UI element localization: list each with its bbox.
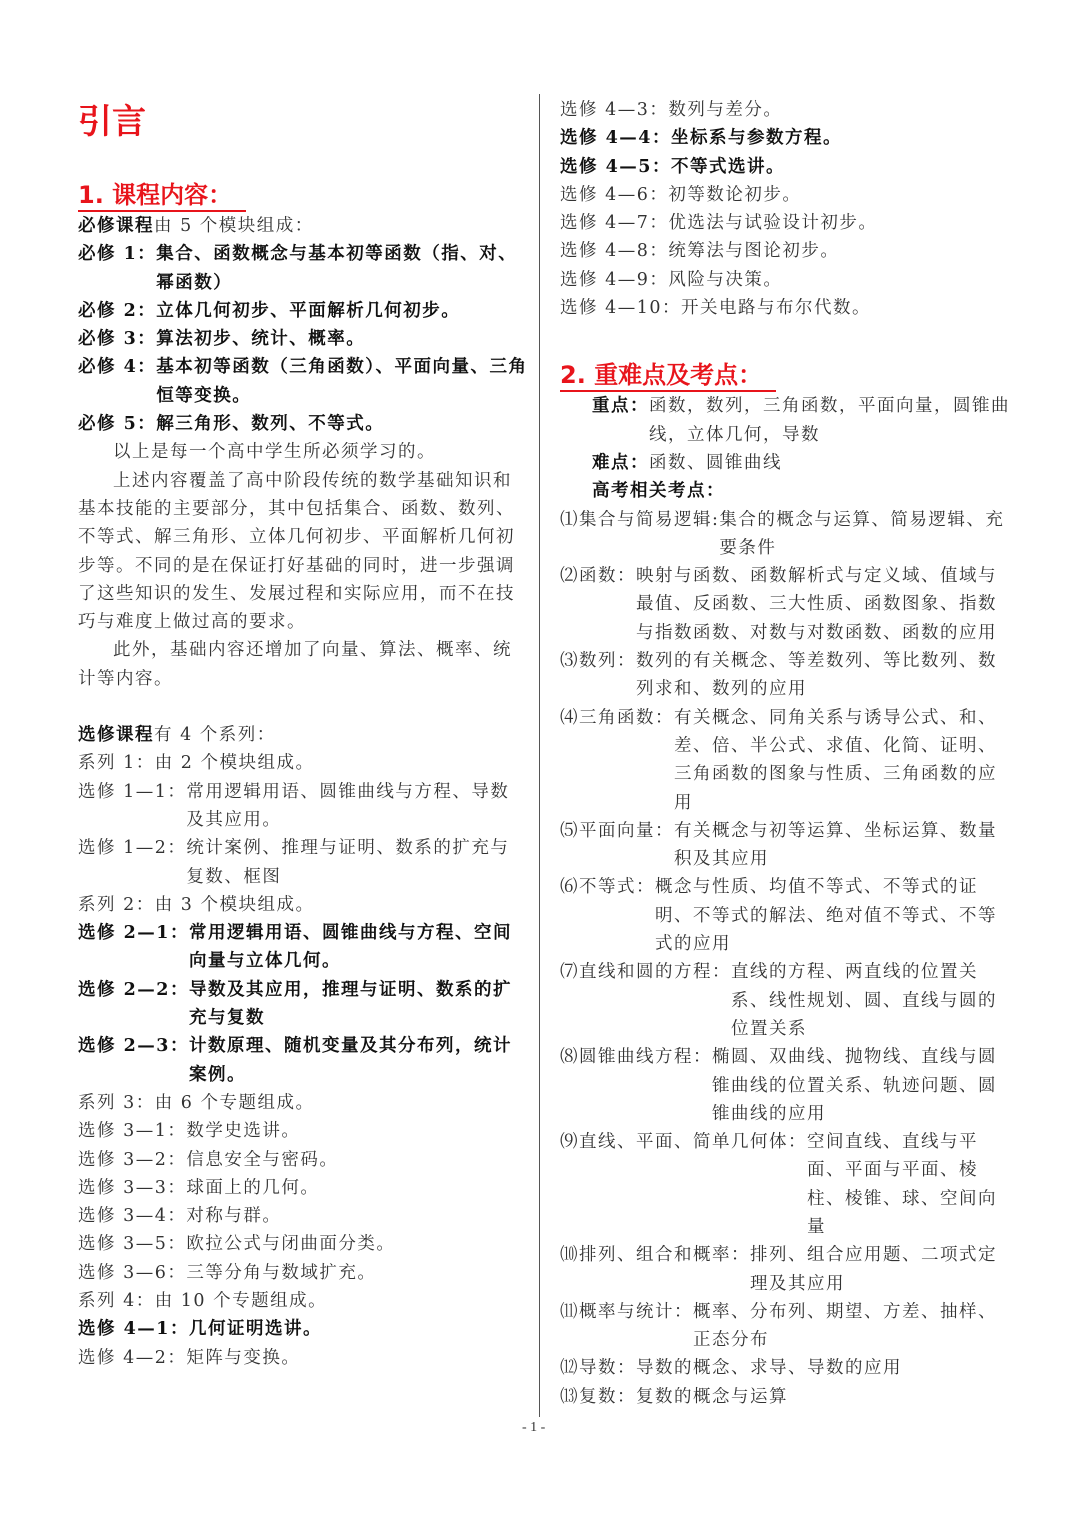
module-text: 数列与差分。: [668, 100, 782, 120]
elective-module: 选修 4—6：初等数论初步。: [560, 181, 1010, 209]
key-points: 重点： 函数，数列，三角函数，平面向量，圆锥曲线，立体几何，导数: [592, 392, 1010, 449]
module-label: 选修 4—5：: [560, 157, 671, 177]
module-text: 统计案例、推理与证明、数系的扩充与复数、框图: [186, 834, 528, 891]
section-heading-key-points: 2. 重难点及考点：: [560, 360, 776, 392]
paragraph: 此外，基础内容还增加了向量、算法、概率、统计等内容。: [78, 636, 528, 693]
module-text: 矩阵与变换。: [186, 1348, 300, 1368]
elective-module: 选修 4—2：矩阵与变换。: [78, 1344, 528, 1372]
exam-point-label: ⑴集合与简易逻辑:: [560, 506, 719, 563]
elective-module: 选修 4—1：几何证明选讲。: [78, 1315, 528, 1343]
required-module: 必修 1： 集合、函数概念与基本初等函数（指、对、幂函数）: [78, 240, 528, 297]
exam-point-label: ⑺直线和圆的方程：: [560, 958, 731, 1043]
elective-intro-text: 有 4 个系列：: [154, 725, 276, 745]
document-page: 引言 1. 课程内容： 必修课程由 5 个模块组成： 必修 1： 集合、函数概念…: [0, 0, 1080, 1527]
exam-point-label: ⑷三角函数：: [560, 704, 674, 817]
module-text: 立体几何初步、平面解析几何初步。: [156, 297, 528, 325]
elective-intro: 选修课程有 4 个系列：: [78, 721, 528, 749]
exam-point-text: 排列、组合应用题、二项式定理及其应用: [750, 1241, 1010, 1298]
exam-point-item: ⑼直线、平面、简单几何体： 空间直线、直线与平面、平面与平面、棱柱、棱锥、球、空…: [560, 1128, 1010, 1241]
exam-point-item: ⑷三角函数： 有关概念、同角关系与诱导公式、和、差、倍、半公式、求值、化简、证明…: [560, 704, 1010, 817]
required-intro: 必修课程由 5 个模块组成：: [78, 212, 528, 240]
exam-point-item: ⑸平面向量： 有关概念与初等运算、坐标运算、数量积及其应用: [560, 817, 1010, 874]
exam-point-label: ⑼直线、平面、简单几何体：: [560, 1128, 807, 1241]
elective-module: 选修 4—8：统筹法与图论初步。: [560, 237, 1010, 265]
module-text: 数学史选讲。: [186, 1121, 300, 1141]
module-text: 开关电路与布尔代数。: [681, 298, 871, 318]
module-text: 优选法与试验设计初步。: [668, 213, 877, 233]
elective-module: 选修 3—1：数学史选讲。: [78, 1117, 528, 1145]
difficult-points-label: 难点：: [592, 449, 649, 477]
required-intro-bold: 必修课程: [78, 216, 154, 236]
module-label: 选修 2—3：: [78, 1032, 189, 1089]
exam-point-text: 集合的概念与运算、简易逻辑、充要条件: [719, 506, 1010, 563]
exam-point-item: ⑻圆锥曲线方程： 椭圆、双曲线、抛物线、直线与圆锥曲线的位置关系、轨迹问题、圆锥…: [560, 1043, 1010, 1128]
module-label: 选修 2—1：: [78, 919, 189, 976]
exam-point-text: 概率、分布列、期望、方差、抽样、正态分布: [693, 1298, 1010, 1355]
series-title: 系列 4：由 10 个专题组成。: [78, 1287, 528, 1315]
module-text: 坐标系与参数方程。: [671, 128, 842, 148]
document-title: 引言: [78, 100, 528, 180]
exam-point-label: ⑾概率与统计：: [560, 1298, 693, 1355]
required-module: 必修 4： 基本初等函数（三角函数）、平面向量、三角恒等变换。: [78, 353, 528, 410]
exam-point-label: ⑻圆锥曲线方程：: [560, 1043, 712, 1128]
series-title: 系列 2：由 3 个模块组成。: [78, 891, 528, 919]
exam-point-item: ⑾概率与统计： 概率、分布列、期望、方差、抽样、正态分布: [560, 1298, 1010, 1355]
section-heading-course-content: 1. 课程内容：: [78, 180, 246, 212]
exam-point-label: ⑽排列、组合和概率：: [560, 1241, 750, 1298]
elective-module: 选修 3—4：对称与群。: [78, 1202, 528, 1230]
exam-point-label: ⑸平面向量：: [560, 817, 674, 874]
elective-module: 选修 3—5：欧拉公式与闭曲面分类。: [78, 1230, 528, 1258]
module-label: 选修 4—4：: [560, 128, 671, 148]
module-label: 选修 4—8：: [560, 241, 668, 261]
elective-module: 选修 4—4：坐标系与参数方程。: [560, 124, 1010, 152]
module-label: 选修 2—2：: [78, 976, 189, 1033]
module-label: 选修 4—2：: [78, 1348, 186, 1368]
paragraph: 上述内容覆盖了高中阶段传统的数学基础知识和基本技能的主要部分，其中包括集合、函数…: [78, 467, 528, 637]
module-label: 选修 4—10：: [560, 298, 681, 318]
module-text: 不等式选讲。: [671, 157, 785, 177]
elective-module: 选修 2—2： 导数及其应用，推理与证明、数系的扩充与复数: [78, 976, 528, 1033]
elective-module: 选修 3—2：信息安全与密码。: [78, 1146, 528, 1174]
module-label: 必修 1：: [78, 240, 156, 297]
module-label: 选修 4—3：: [560, 100, 668, 120]
spacer: [78, 693, 528, 721]
spacer: [560, 322, 1010, 360]
module-label: 必修 2：: [78, 297, 156, 325]
module-label: 选修 3—1：: [78, 1121, 186, 1141]
key-points-label: 重点：: [592, 392, 649, 449]
module-text: 信息安全与密码。: [186, 1150, 338, 1170]
module-text: 导数及其应用，推理与证明、数系的扩充与复数: [189, 976, 528, 1033]
paragraph: 以上是每一个高中学生所必须学习的。: [78, 438, 528, 466]
required-module: 必修 5： 解三角形、数列、不等式。: [78, 410, 528, 438]
module-label: 选修 4—9：: [560, 270, 668, 290]
exam-point-item: ⑽排列、组合和概率： 排列、组合应用题、二项式定理及其应用: [560, 1241, 1010, 1298]
module-text: 基本初等函数（三角函数）、平面向量、三角恒等变换。: [156, 353, 528, 410]
module-text: 欧拉公式与闭曲面分类。: [186, 1234, 395, 1254]
module-label: 选修 3—3：: [78, 1178, 186, 1198]
elective-intro-bold: 选修课程: [78, 725, 154, 745]
elective-module: 选修 4—3：数列与差分。: [560, 96, 1010, 124]
elective-module: 选修 4—5：不等式选讲。: [560, 153, 1010, 181]
exam-point-label: ⒀复数：: [560, 1383, 636, 1411]
key-points-text: 函数，数列，三角函数，平面向量，圆锥曲线，立体几何，导数: [649, 392, 1010, 449]
elective-module: 选修 2—3： 计数原理、随机变量及其分布列，统计案例。: [78, 1032, 528, 1089]
elective-module: 选修 4—10：开关电路与布尔代数。: [560, 294, 1010, 322]
exam-point-text: 数列的有关概念、等差数列、等比数列、数列求和、数列的应用: [636, 647, 1010, 704]
left-column: 引言 1. 课程内容： 必修课程由 5 个模块组成： 必修 1： 集合、函数概念…: [78, 92, 528, 1372]
elective-module: 选修 4—7：优选法与试验设计初步。: [560, 209, 1010, 237]
module-label: 选修 4—6：: [560, 185, 668, 205]
difficult-points: 难点： 函数、圆锥曲线: [592, 449, 1010, 477]
module-text: 集合、函数概念与基本初等函数（指、对、幂函数）: [156, 240, 528, 297]
module-text: 三等分角与数域扩充。: [186, 1263, 376, 1283]
module-label: 必修 4：: [78, 353, 156, 410]
required-module: 必修 2： 立体几何初步、平面解析几何初步。: [78, 297, 528, 325]
column-divider: [539, 94, 540, 1417]
exam-point-text: 空间直线、直线与平面、平面与平面、棱柱、棱锥、球、空间向量: [807, 1128, 1010, 1241]
module-label: 选修 4—7：: [560, 213, 668, 233]
module-text: 球面上的几何。: [186, 1178, 319, 1198]
module-text: 初等数论初步。: [668, 185, 801, 205]
module-text: 风险与决策。: [668, 270, 782, 290]
module-text: 统筹法与图论初步。: [668, 241, 839, 261]
elective-module: 选修 3—3：球面上的几何。: [78, 1174, 528, 1202]
exam-point-text: 直线的方程、两直线的位置关系、线性规划、圆、直线与圆的位置关系: [731, 958, 1010, 1043]
module-text: 算法初步、统计、概率。: [156, 325, 528, 353]
module-label: 选修 3—5：: [78, 1234, 186, 1254]
elective-module: 选修 1—2： 统计案例、推理与证明、数系的扩充与复数、框图: [78, 834, 528, 891]
exam-point-label: ⑹不等式：: [560, 873, 655, 958]
exam-point-item: ⑶数列： 数列的有关概念、等差数列、等比数列、数列求和、数列的应用: [560, 647, 1010, 704]
module-text: 常用逻辑用语、圆锥曲线与方程、空间向量与立体几何。: [189, 919, 528, 976]
exam-point-item: ⑺直线和圆的方程： 直线的方程、两直线的位置关系、线性规划、圆、直线与圆的位置关…: [560, 958, 1010, 1043]
module-text: 对称与群。: [186, 1206, 281, 1226]
module-text: 常用逻辑用语、圆锥曲线与方程、导数及其应用。: [186, 778, 528, 835]
key-difficult-block: 重点： 函数，数列，三角函数，平面向量，圆锥曲线，立体几何，导数 难点： 函数、…: [560, 392, 1010, 505]
elective-module: 选修 2—1： 常用逻辑用语、圆锥曲线与方程、空间向量与立体几何。: [78, 919, 528, 976]
exam-point-label: ⑿导数：: [560, 1354, 636, 1382]
exam-point-text: 有关概念、同角关系与诱导公式、和、差、倍、半公式、求值、化简、证明、三角函数的图…: [674, 704, 1010, 817]
difficult-points-text: 函数、圆锥曲线: [649, 449, 1010, 477]
module-text: 解三角形、数列、不等式。: [156, 410, 528, 438]
exam-point-text: 映射与函数、函数解析式与定义域、值域与最值、反函数、三大性质、函数图象、指数与指…: [636, 562, 1010, 647]
exam-point-item: ⑿导数： 导数的概念、求导、导数的应用: [560, 1354, 1010, 1382]
module-text: 几何证明选讲。: [189, 1319, 322, 1339]
exam-point-text: 复数的概念与运算: [636, 1383, 1010, 1411]
required-module: 必修 3： 算法初步、统计、概率。: [78, 325, 528, 353]
exam-point-item: ⒀复数： 复数的概念与运算: [560, 1383, 1010, 1411]
module-label: 选修 1—2：: [78, 834, 186, 891]
elective-module: 选修 1—1： 常用逻辑用语、圆锥曲线与方程、导数及其应用。: [78, 778, 528, 835]
required-intro-text: 由 5 个模块组成：: [154, 216, 314, 236]
exam-point-item: ⑹不等式： 概念与性质、均值不等式、不等式的证明、不等式的解法、绝对值不等式、不…: [560, 873, 1010, 958]
module-label: 选修 3—6：: [78, 1263, 186, 1283]
module-label: 选修 4—1：: [78, 1319, 189, 1339]
exam-points-heading: 高考相关考点：: [592, 477, 1010, 505]
exam-point-item: ⑴集合与简易逻辑: 集合的概念与运算、简易逻辑、充要条件: [560, 506, 1010, 563]
exam-point-item: ⑵函数： 映射与函数、函数解析式与定义域、值域与最值、反函数、三大性质、函数图象…: [560, 562, 1010, 647]
page-number: - 1 -: [522, 1420, 545, 1436]
exam-point-text: 椭圆、双曲线、抛物线、直线与圆锥曲线的位置关系、轨迹问题、圆锥曲线的应用: [712, 1043, 1010, 1128]
elective-module: 选修 3—6：三等分角与数域扩充。: [78, 1259, 528, 1287]
exam-point-label: ⑵函数：: [560, 562, 636, 647]
exam-point-text: 概念与性质、均值不等式、不等式的证明、不等式的解法、绝对值不等式、不等式的应用: [655, 873, 1010, 958]
elective-module: 选修 4—9：风险与决策。: [560, 266, 1010, 294]
exam-point-text: 有关概念与初等运算、坐标运算、数量积及其应用: [674, 817, 1010, 874]
module-text: 计数原理、随机变量及其分布列，统计案例。: [189, 1032, 528, 1089]
right-column: 选修 4—3：数列与差分。 选修 4—4：坐标系与参数方程。 选修 4—5：不等…: [560, 96, 1010, 1411]
module-label: 选修 3—4：: [78, 1206, 186, 1226]
exam-point-label: ⑶数列：: [560, 647, 636, 704]
module-label: 选修 3—2：: [78, 1150, 186, 1170]
module-label: 选修 1—1：: [78, 778, 186, 835]
module-label: 必修 3：: [78, 325, 156, 353]
exam-point-text: 导数的概念、求导、导数的应用: [636, 1354, 1010, 1382]
series-title: 系列 3：由 6 个专题组成。: [78, 1089, 528, 1117]
series-title: 系列 1：由 2 个模块组成。: [78, 749, 528, 777]
module-label: 必修 5：: [78, 410, 156, 438]
